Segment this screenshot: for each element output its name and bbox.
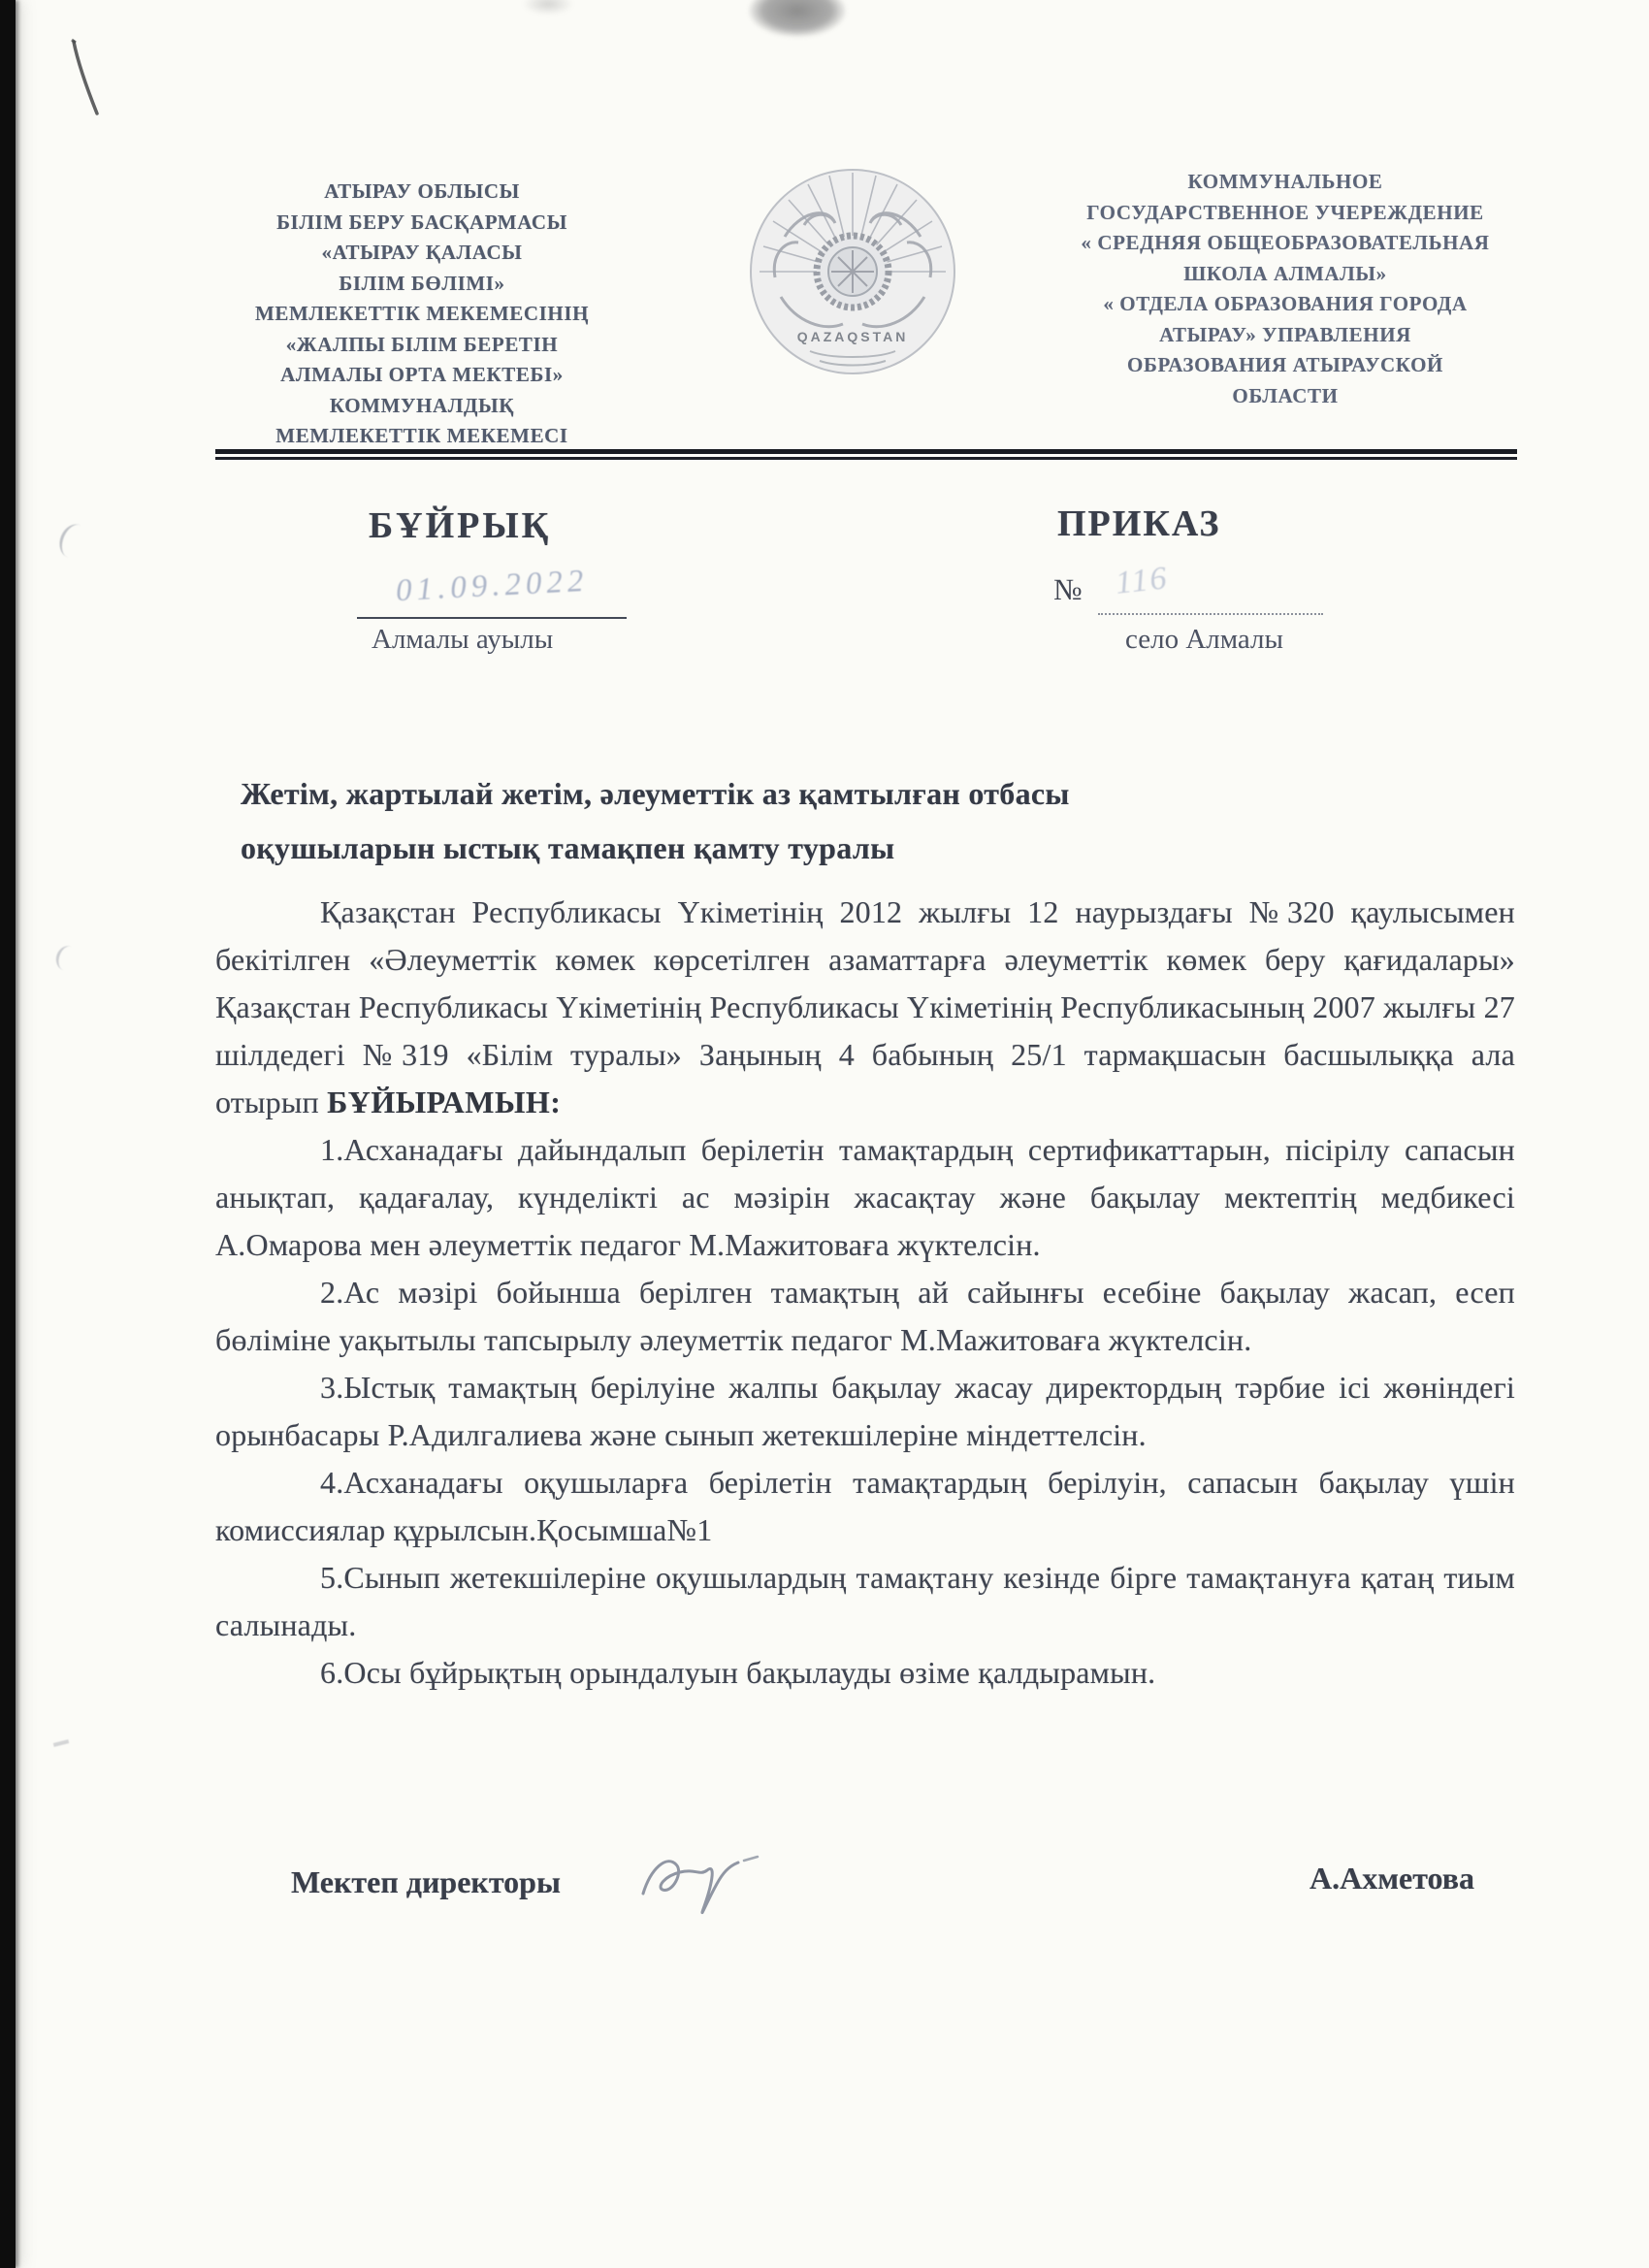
handwritten-signature-icon [635,1833,781,1940]
letterhead-line: КОММУНАЛЬНОЕ [997,167,1573,198]
divider-thick-line [215,449,1517,454]
order-number-label: № [1053,572,1083,607]
letterhead-line: «АТЫРАУ ҚАЛАСЫ [145,238,698,269]
letterhead-line: МЕМЛЕКЕТТІК МЕКЕМЕСІНІҢ [145,299,698,330]
letterhead-line: МЕМЛЕКЕТТІК МЕКЕМЕСІ [145,421,698,452]
order-item-5: 5.Сынып жетекшілеріне оқушылардың тамақт… [215,1554,1515,1649]
letterhead-line: ГОСУДАРСТВЕННОЕ УЧЕРЕЖДЕНИЕ [997,198,1573,229]
letterhead-russian-block: КОММУНАЛЬНОЕ ГОСУДАРСТВЕННОЕ УЧЕРЕЖДЕНИЕ… [997,167,1573,411]
letterhead-line: АТЫРАУ» УПРАВЛЕНИЯ [997,320,1573,351]
order-item-6: 6.Осы бұйрықтың орындалуын бақылауды өзі… [215,1649,1515,1697]
letterhead-line: ШКОЛА АЛМАЛЫ» [997,259,1573,290]
pen-stroke-mark [58,34,116,121]
order-item-1: 1.Асханадағы дайындалып берілетін тамақт… [215,1126,1515,1269]
letterhead-line: АТЫРАУ ОБЛЫСЫ [145,177,698,208]
emblem-caption: QAZAQSTAN [797,329,909,344]
scan-edge-strip [0,0,16,2268]
order-item-2: 2.Ас мәзірі бойынша берілген тамақтың ай… [215,1269,1515,1364]
order-body: Қазақстан Республикасы Үкіметінің 2012 ж… [215,889,1515,1697]
letterhead-kazakh-block: АТЫРАУ ОБЛЫСЫ БІЛІМ БЕРУ БАСҚАРМАСЫ «АТЫ… [145,177,698,452]
order-heading-kazakh: БҰЙРЫҚ [369,504,551,547]
order-verb: БҰЙЫРАМЫН: [327,1085,561,1119]
place-kazakh: Алмалы ауылы [372,624,553,656]
date-underline: 01.09.2022 [357,561,627,619]
letterhead-line: БІЛІМ БӨЛІМІ» [145,269,698,300]
letterhead-line: ОБРАЗОВАНИЯ АТЫРАУСКОЙ [997,350,1573,381]
order-subject: Жетім, жартылай жетім, әлеуметтік аз қам… [241,766,1521,875]
order-item-3: 3.Ыстық тамақтың берілуіне жалпы бақылау… [215,1364,1515,1459]
preamble-paragraph: Қазақстан Республикасы Үкіметінің 2012 ж… [215,889,1515,1126]
letterhead-line: АЛМАЛЫ ОРТА МЕКТЕБІ» [145,360,698,391]
order-item-4: 4.Асханадағы оқушыларға берілетін тамақт… [215,1459,1515,1554]
handwritten-order-number: 116 [1114,560,1170,601]
kazakhstan-coat-of-arms-icon: QAZAQSTAN [742,161,963,390]
scanned-order-document: { "document": { "header": { "left_lines"… [0,0,1649,2268]
scan-smudge-top-small [522,0,574,16]
subject-line: Жетім, жартылай жетім, әлеуметтік аз қам… [241,766,1521,821]
scan-margin-mark [53,1739,69,1747]
place-russian: село Алмалы [1125,624,1283,656]
scan-margin-mark [53,943,82,974]
letterhead-line: ОБЛАСТИ [997,381,1573,412]
scan-margin-mark [54,520,93,563]
subject-line: оқушыларын ыстық тамақпен қамту туралы [241,821,1521,875]
handwritten-date: 01.09.2022 [395,564,589,609]
signature-name: А.Ахметова [1309,1861,1474,1896]
letterhead-divider [215,449,1517,460]
letterhead-line: КОММУНАЛДЫҚ [145,391,698,422]
scan-smudge-top [749,0,846,37]
letterhead-line: « ОТДЕЛА ОБРАЗОВАНИЯ ГОРОДА [997,289,1573,320]
letterhead-line: «ЖАЛПЫ БІЛІМ БЕРЕТІН [145,330,698,361]
letterhead-line: БІЛІМ БЕРУ БАСҚАРМАСЫ [145,208,698,239]
divider-thin-line [215,457,1517,460]
signature-role: Мектеп директоры [291,1864,561,1900]
order-heading-russian: ПРИКАЗ [1057,502,1220,545]
letterhead-line: « СРЕДНЯЯ ОБЩЕОБРАЗОВАТЕЛЬНАЯ [997,228,1573,259]
